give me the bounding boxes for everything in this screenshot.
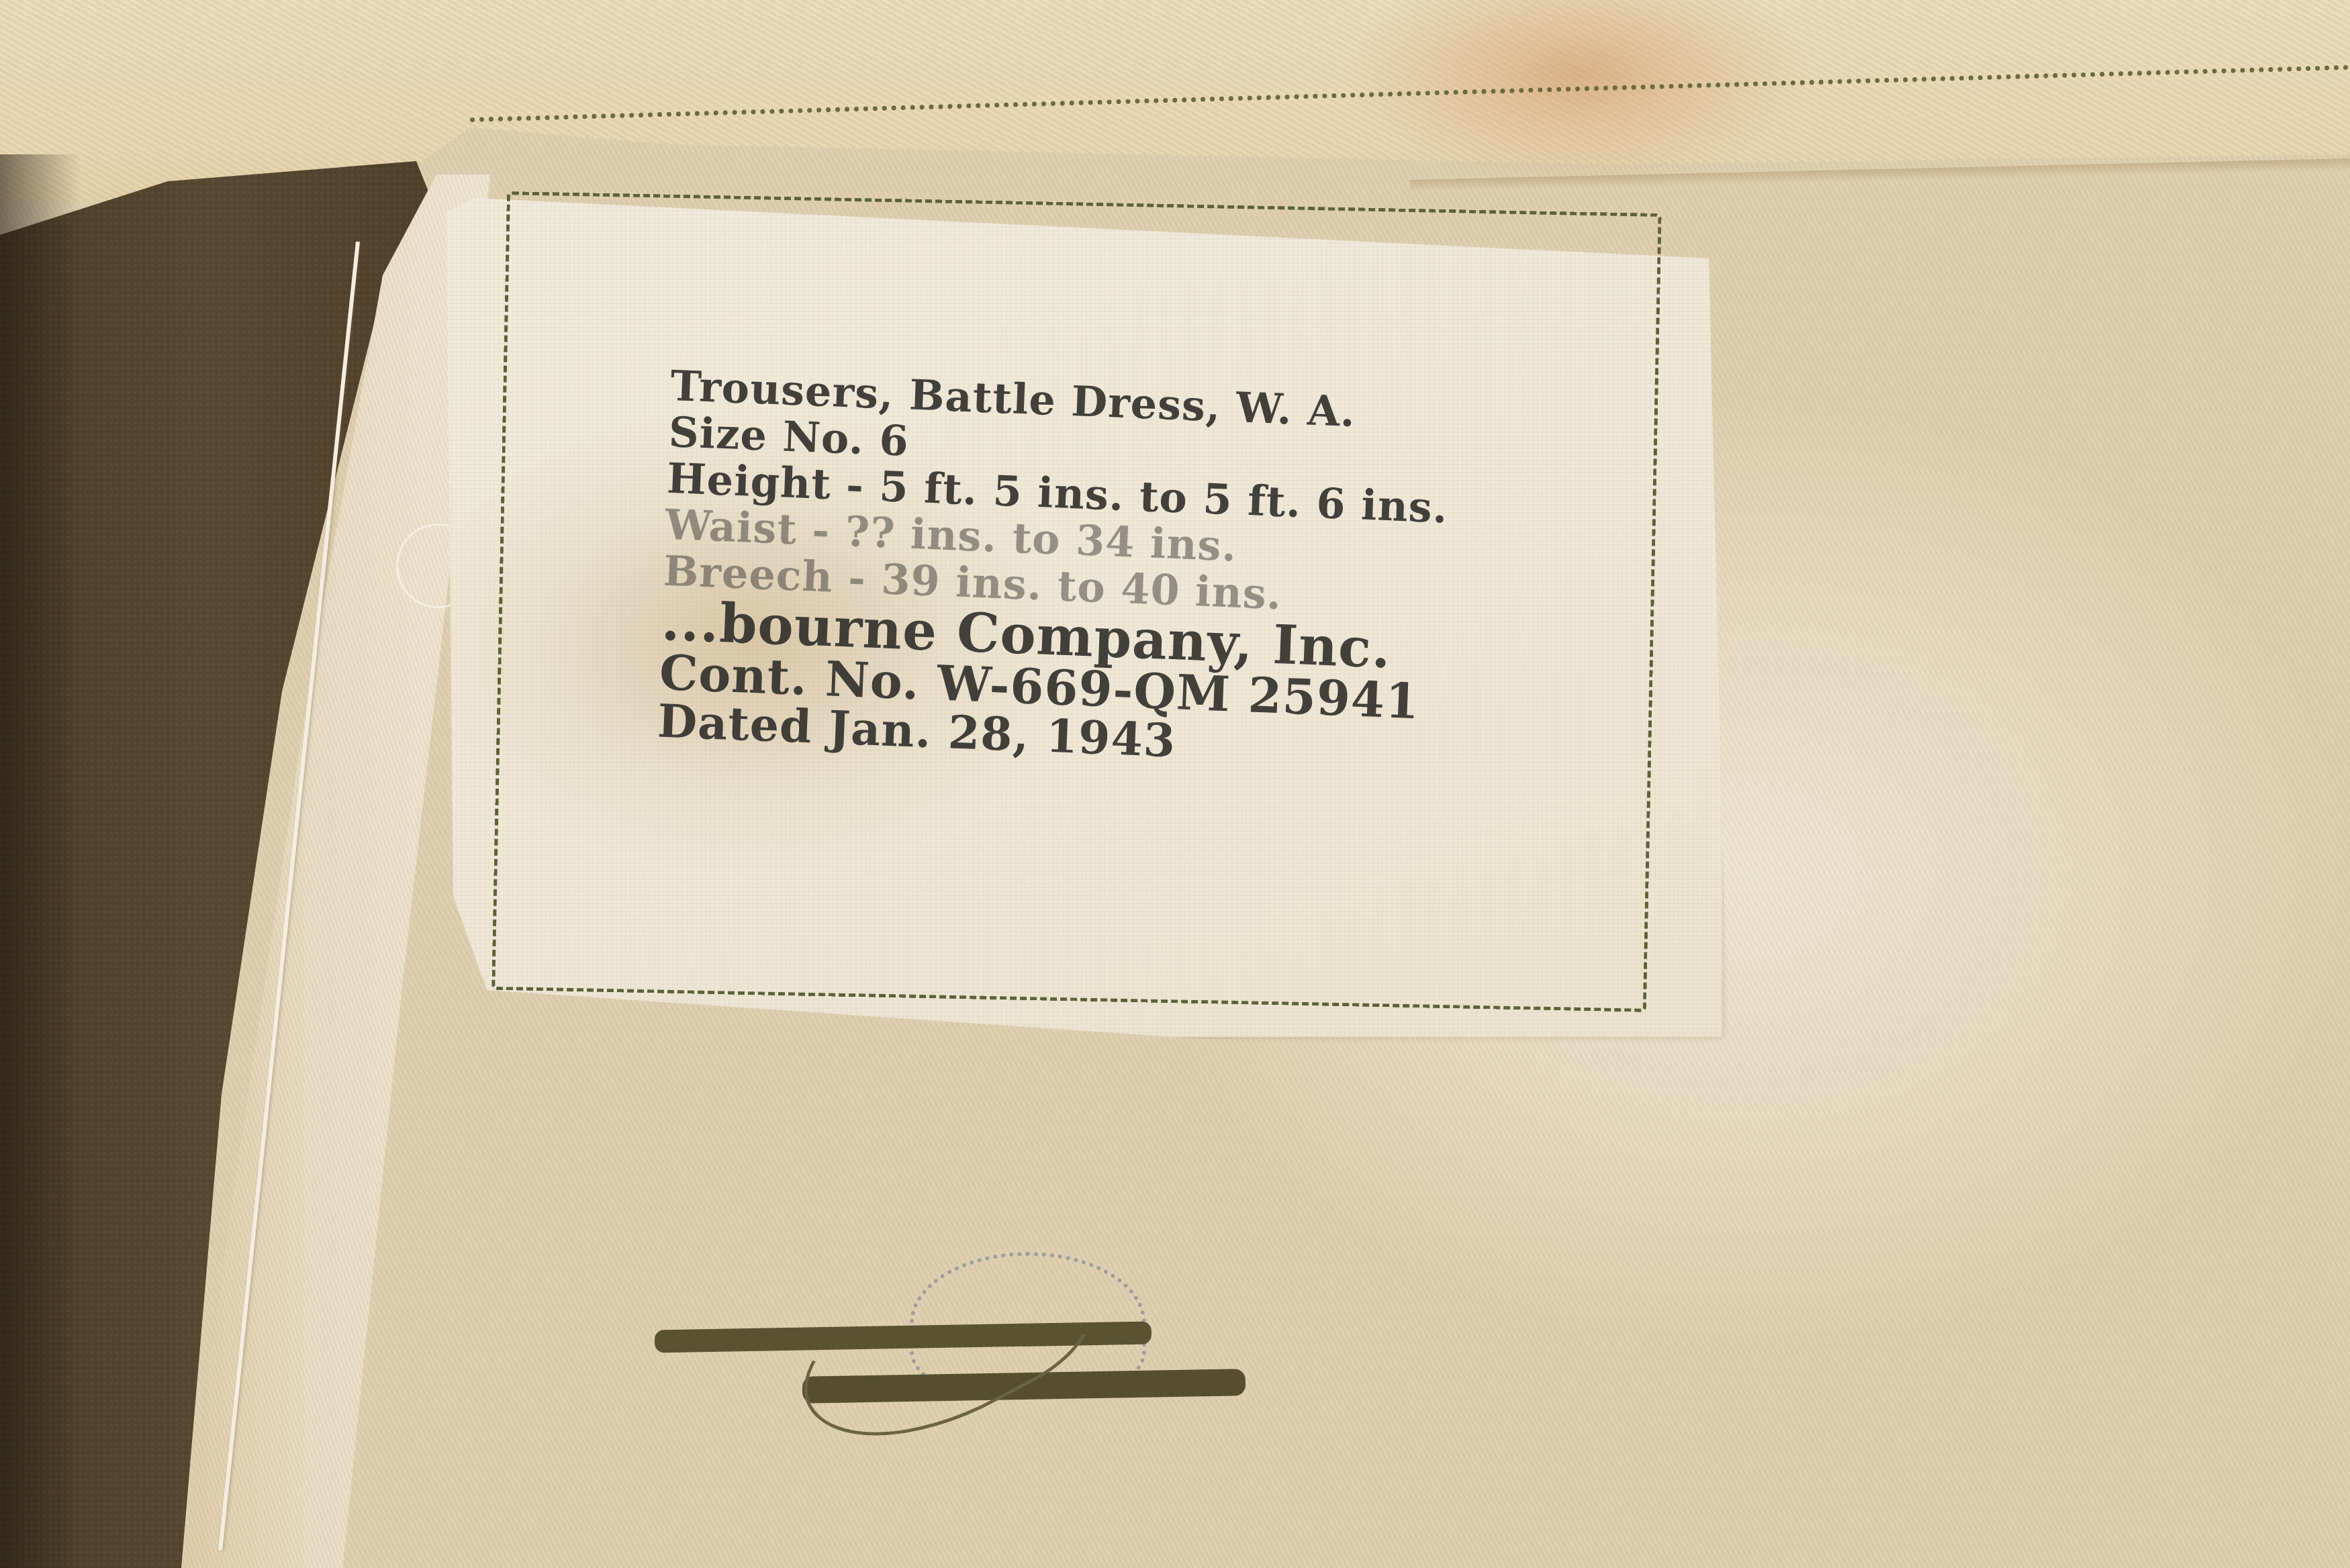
- wool-shadow: [0, 154, 81, 1568]
- photo-scene: Trousers, Battle Dress, W. A. Size No. 6…: [0, 0, 2350, 1568]
- buttonhole: [655, 1245, 1259, 1406]
- label-text-block: Trousers, Battle Dress, W. A. Size No. 6…: [657, 362, 1611, 781]
